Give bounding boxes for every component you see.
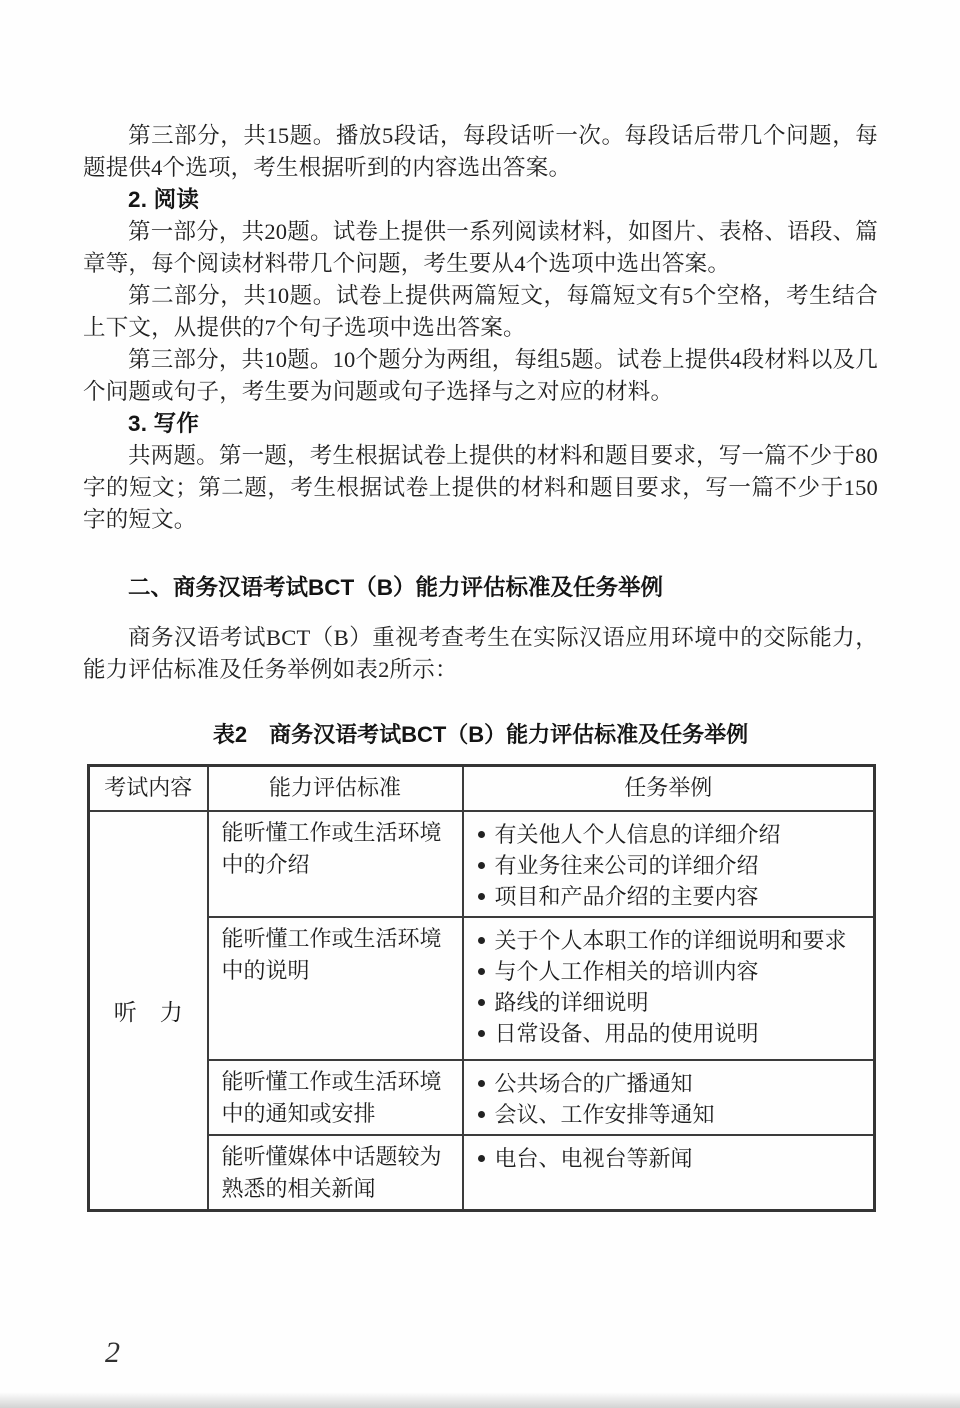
tasks-cell: 有关他人个人信息的详细介绍 有业务往来公司的详细介绍 项目和产品介绍的主要内容: [463, 811, 875, 917]
bullet-icon: [478, 1030, 485, 1037]
tasks-cell: 公共场合的广播通知 会议、工作安排等通知: [463, 1060, 875, 1135]
bullet-icon: [478, 1111, 485, 1118]
paragraph: 第一部分，共20题。试卷上提供一系列阅读材料，如图片、表格、语段、篇章等，每个阅…: [83, 216, 878, 280]
bullet-icon: [478, 1080, 485, 1087]
task-text: 电台、电视台等新闻: [495, 1143, 693, 1174]
document-page: 第三部分，共15题。播放5段话，每段话听一次。每段话后带几个问题，每题提供4个选…: [0, 0, 960, 1408]
bullet-icon: [478, 937, 485, 944]
task-item: 关于个人本职工作的详细说明和要求: [478, 925, 866, 956]
task-item: 有业务往来公司的详细介绍: [478, 850, 866, 881]
bullet-icon: [478, 968, 485, 975]
bullet-icon: [478, 999, 485, 1006]
assessment-table: 考试内容 能力评估标准 任务举例 听 力 能听懂工作或生活环境中的介绍 有关他人…: [87, 764, 876, 1212]
bullet-icon: [478, 1155, 485, 1162]
page-number: 2: [105, 1336, 120, 1370]
standard-cell: 能听懂工作或生活环境中的说明: [208, 917, 463, 1060]
task-item: 会议、工作安排等通知: [478, 1099, 866, 1130]
bullet-icon: [478, 862, 485, 869]
task-text: 路线的详细说明: [495, 987, 649, 1018]
task-text: 有关他人个人信息的详细介绍: [495, 819, 781, 850]
task-text: 会议、工作安排等通知: [495, 1099, 715, 1130]
standard-cell: 能听懂工作或生活环境中的介绍: [208, 811, 463, 917]
task-item: 公共场合的广播通知: [478, 1068, 866, 1099]
subheading-writing: 3. 写作: [83, 408, 878, 440]
section-intro-paragraph: 商务汉语考试BCT（B）重视考查考生在实际汉语应用环境中的交际能力，能力评估标准…: [83, 622, 878, 686]
task-item: 有关他人个人信息的详细介绍: [478, 819, 866, 850]
tasks-cell: 关于个人本职工作的详细说明和要求 与个人工作相关的培训内容 路线的详细说明 日常…: [463, 917, 875, 1060]
task-item: 日常设备、用品的使用说明: [478, 1018, 866, 1049]
bullet-icon: [478, 893, 485, 900]
task-item: 与个人工作相关的培训内容: [478, 956, 866, 987]
task-text: 公共场合的广播通知: [495, 1068, 693, 1099]
tasks-cell: 电台、电视台等新闻: [463, 1135, 875, 1211]
paragraph: 第三部分，共10题。10个题分为两组，每组5题。试卷上提供4段材料以及几个问题或…: [83, 344, 878, 408]
task-item: 电台、电视台等新闻: [478, 1143, 866, 1174]
task-text: 项目和产品介绍的主要内容: [495, 881, 759, 912]
header-standard: 能力评估标准: [208, 766, 463, 811]
standard-cell: 能听懂工作或生活环境中的通知或安排: [208, 1060, 463, 1135]
exam-section-label: 听 力: [89, 811, 208, 1211]
page-content: 第三部分，共15题。播放5段话，每段话听一次。每段话后带几个问题，每题提供4个选…: [83, 0, 878, 1212]
bullet-icon: [478, 831, 485, 838]
paragraph: 第三部分，共15题。播放5段话，每段话听一次。每段话后带几个问题，每题提供4个选…: [83, 120, 878, 184]
header-exam-content: 考试内容: [89, 766, 208, 811]
table-row: 听 力 能听懂工作或生活环境中的介绍 有关他人个人信息的详细介绍 有业务往来公司…: [89, 811, 875, 917]
header-tasks: 任务举例: [463, 766, 875, 811]
paragraph: 第二部分，共10题。试卷上提供两篇短文，每篇短文有5个空格，考生结合上下文，从提…: [83, 280, 878, 344]
task-text: 有业务往来公司的详细介绍: [495, 850, 759, 881]
task-text: 日常设备、用品的使用说明: [495, 1018, 759, 1049]
task-text: 与个人工作相关的培训内容: [495, 956, 759, 987]
standard-cell: 能听懂媒体中话题较为熟悉的相关新闻: [208, 1135, 463, 1211]
task-item: 项目和产品介绍的主要内容: [478, 881, 866, 912]
section-heading: 二、商务汉语考试BCT（B）能力评估标准及任务举例: [83, 572, 878, 604]
paragraph: 共两题。第一题，考生根据试卷上提供的材料和题目要求，写一篇不少于80字的短文；第…: [83, 440, 878, 536]
table-caption: 表2 商务汉语考试BCT（B）能力评估标准及任务举例: [83, 719, 878, 751]
task-text: 关于个人本职工作的详细说明和要求: [495, 925, 847, 956]
task-item: 路线的详细说明: [478, 987, 866, 1018]
subheading-reading: 2. 阅读: [83, 184, 878, 216]
table-header-row: 考试内容 能力评估标准 任务举例: [89, 766, 875, 811]
